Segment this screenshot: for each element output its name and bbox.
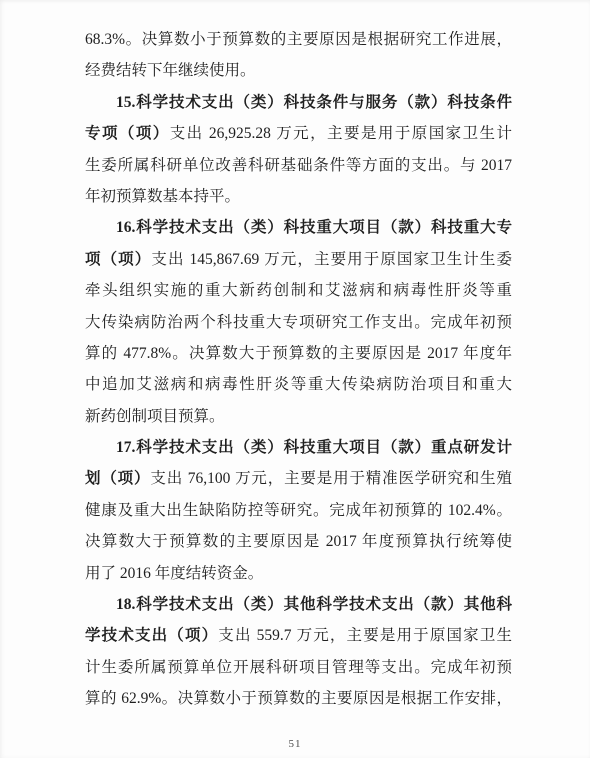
text-segment: 新药创制项目预算。 — [85, 408, 225, 425]
text-segment: 算的 62.9%。决算数小于预算数的主要原因是根据工作安排， — [85, 690, 512, 707]
text-line: 牵头组织实施的重大新药创制和艾滋病和病毒性肝炎等重 — [85, 275, 512, 306]
text-line: 68.3%。决算数小于预算数的主要原因是根据研究工作进展， — [85, 24, 512, 55]
bold-text-segment: 项（项） — [85, 251, 151, 268]
text-line: 中追加艾滋病和病毒性肝炎等重大传染病防治项目和重大 — [85, 369, 512, 400]
text-segment: 健康及重大出生缺陷防控等研究。完成年初预算的 102.4%。 — [85, 502, 512, 519]
text-line: 大传染病防治两个科技重大专项研究工作支出。完成年初预 — [85, 307, 512, 338]
text-line: 15.科学技术支出（类）科技条件与服务（款）科技条件 — [85, 87, 512, 118]
text-line: 16.科学技术支出（类）科技重大项目（款）科技重大专 — [85, 212, 512, 243]
bold-text-segment: 17.科学技术支出（类）科技重大项目（款）重点研发计 — [116, 439, 512, 456]
text-segment: 年初预算数基本持平。 — [85, 188, 240, 205]
text-line: 生委所属科研单位改善科研基础条件等方面的支出。与 2017 — [85, 150, 512, 181]
document-page: 68.3%。决算数小于预算数的主要原因是根据研究工作进展，经费结转下年继续使用。… — [0, 0, 590, 758]
text-line: 新药创制项目预算。 — [85, 401, 512, 432]
text-line: 用了 2016 年度结转资金。 — [85, 558, 512, 589]
text-segment: 支出 76,100 万元，主要是用于精准医学研究和生殖 — [150, 470, 512, 487]
text-line: 算的 62.9%。决算数小于预算数的主要原因是根据工作安排， — [85, 683, 512, 714]
text-segment: 算的 477.8%。决算数大于预算数的主要原因是 2017 年度年 — [85, 345, 512, 362]
text-segment: 支出 145,867.69 万元，主要用于原国家卫生计生委 — [151, 251, 512, 268]
text-segment: 用了 2016 年度结转资金。 — [85, 565, 263, 582]
text-line: 计生委所属预算单位开展科研项目管理等支出。完成年初预 — [85, 652, 512, 683]
bold-text-segment: 18.科学技术支出（类）其他科学技术支出（款）其他科 — [116, 596, 512, 613]
document-body: 68.3%。决算数小于预算数的主要原因是根据研究工作进展，经费结转下年继续使用。… — [85, 24, 512, 715]
text-line: 决算数大于预算数的主要原因是 2017 年度预算执行统筹使 — [85, 526, 512, 557]
text-segment: 中追加艾滋病和病毒性肝炎等重大传染病防治项目和重大 — [85, 376, 512, 393]
page-number: 51 — [0, 738, 590, 750]
text-line: 算的 477.8%。决算数大于预算数的主要原因是 2017 年度年 — [85, 338, 512, 369]
bold-text-segment: 学技术支出（项） — [85, 627, 218, 644]
text-segment: 决算数大于预算数的主要原因是 2017 年度预算执行统筹使 — [85, 533, 512, 550]
text-segment: 支出 26,925.28 万元，主要是用于原国家卫生计 — [170, 125, 512, 142]
text-segment: 支出 559.7 万元，主要是用于原国家卫生 — [218, 627, 512, 644]
text-segment: 生委所属科研单位改善科研基础条件等方面的支出。与 2017 — [85, 157, 512, 174]
text-segment: 牵头组织实施的重大新药创制和艾滋病和病毒性肝炎等重 — [85, 282, 512, 299]
text-segment: 大传染病防治两个科技重大专项研究工作支出。完成年初预 — [85, 314, 512, 331]
bold-text-segment: 16.科学技术支出（类）科技重大项目（款）科技重大专 — [116, 219, 512, 236]
text-line: 学技术支出（项）支出 559.7 万元，主要是用于原国家卫生 — [85, 620, 512, 651]
bold-text-segment: 15.科学技术支出（类）科技条件与服务（款）科技条件 — [116, 94, 512, 111]
bold-text-segment: 专项（项） — [85, 125, 170, 142]
text-line: 专项（项）支出 26,925.28 万元，主要是用于原国家卫生计 — [85, 118, 512, 149]
text-line: 划（项）支出 76,100 万元，主要是用于精准医学研究和生殖 — [85, 463, 512, 494]
text-line: 18.科学技术支出（类）其他科学技术支出（款）其他科 — [85, 589, 512, 620]
text-line: 健康及重大出生缺陷防控等研究。完成年初预算的 102.4%。 — [85, 495, 512, 526]
text-segment: 计生委所属预算单位开展科研项目管理等支出。完成年初预 — [85, 659, 512, 676]
text-line: 项（项）支出 145,867.69 万元，主要用于原国家卫生计生委 — [85, 244, 512, 275]
text-line: 17.科学技术支出（类）科技重大项目（款）重点研发计 — [85, 432, 512, 463]
text-line: 经费结转下年继续使用。 — [85, 55, 512, 86]
text-segment: 68.3%。决算数小于预算数的主要原因是根据研究工作进展， — [85, 31, 512, 48]
text-segment: 经费结转下年继续使用。 — [85, 62, 256, 79]
text-line: 年初预算数基本持平。 — [85, 181, 512, 212]
bold-text-segment: 划（项） — [85, 470, 150, 487]
